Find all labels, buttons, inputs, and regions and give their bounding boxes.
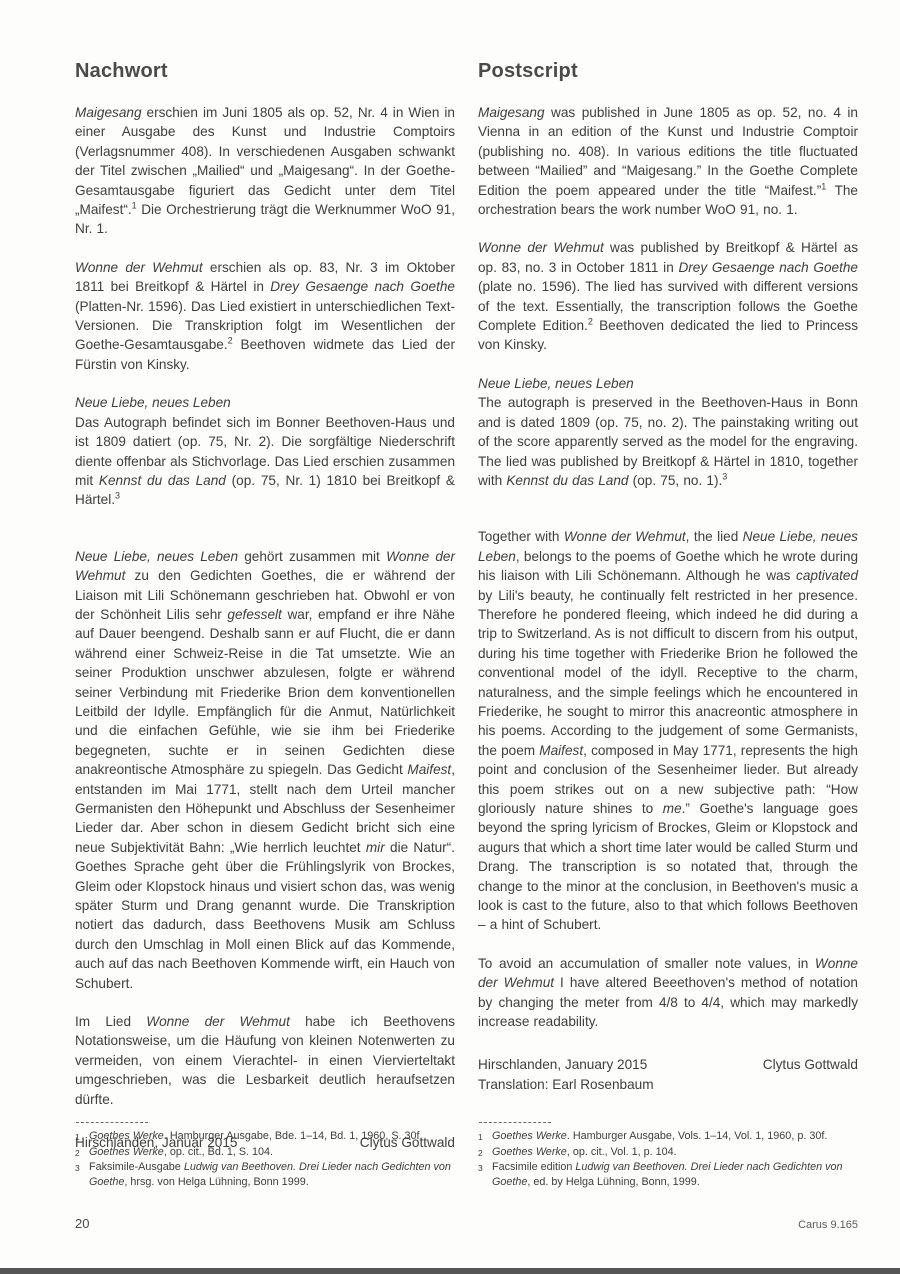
footnote-text: Goethes Werke, op. cit., Vol. 1, p. 104. xyxy=(492,1145,858,1161)
footnote-number: 3 xyxy=(478,1160,492,1189)
footnote-text: Goethes Werke, op. cit., Bd. 1, S. 104. xyxy=(89,1145,455,1161)
german-paragraph-2: Wonne der Wehmut erschien als op. 83, Nr… xyxy=(75,258,455,374)
english-footnote-2: 2 Goethes Werke, op. cit., Vol. 1, p. 10… xyxy=(478,1145,858,1161)
footnote-text: Facsimile edition Ludwig van Beethoven. … xyxy=(492,1160,858,1189)
english-footnote-rule xyxy=(479,1122,551,1123)
page-footer: 20 Carus 9.165 xyxy=(75,1216,858,1231)
german-footnote-2: 2 Goethes Werke, op. cit., Bd. 1, S. 104… xyxy=(75,1145,455,1161)
footnote-number: 2 xyxy=(478,1145,492,1161)
german-paragraph-3: Das Autograph befindet sich im Bonner Be… xyxy=(75,413,455,510)
german-footnote-1: 1 Goethes Werke. Hamburger Ausgabe, Bde.… xyxy=(75,1129,455,1145)
english-heading: Postscript xyxy=(478,60,858,82)
english-signature: Hirschlanden, January 2015 Translation: … xyxy=(478,1055,858,1094)
english-paragraph-1: Maigesang was published in June 1805 as … xyxy=(478,103,858,219)
footnote-text: Goethes Werke. Hamburger Ausgabe, Bde. 1… xyxy=(89,1129,455,1145)
german-footnote-3: 3 Faksimile-Ausgabe Ludwig van Beethoven… xyxy=(75,1160,455,1189)
english-signature-name: Clytus Gottwald xyxy=(763,1055,858,1094)
german-footnote-rule xyxy=(76,1122,148,1123)
footnote-text: Faksimile-Ausgabe Ludwig van Beethoven. … xyxy=(89,1160,455,1189)
english-footnotes: 1 Goethes Werke. Hamburger Ausgabe, Vols… xyxy=(478,1122,858,1189)
book-page: Nachwort Maigesang erschien im Juni 1805… xyxy=(0,0,900,1274)
english-footnote-1: 1 Goethes Werke. Hamburger Ausgabe, Vols… xyxy=(478,1129,858,1145)
two-column-content: Nachwort Maigesang erschien im Juni 1805… xyxy=(75,60,858,1153)
english-signature-translation: Translation: Earl Rosenbaum xyxy=(478,1075,654,1094)
english-signature-place-date: Hirschlanden, January 2015 xyxy=(478,1055,654,1074)
english-footnote-3: 3 Facsimile edition Ludwig van Beethoven… xyxy=(478,1160,858,1189)
german-paragraph-5: Im Lied Wonne der Wehmut habe ich Beetho… xyxy=(75,1012,455,1109)
german-footnotes: 1 Goethes Werke. Hamburger Ausgabe, Bde.… xyxy=(75,1122,455,1189)
german-heading: Nachwort xyxy=(75,60,455,82)
german-paragraph-4: Neue Liebe, neues Leben gehört zusammen … xyxy=(75,547,455,993)
page-number: 20 xyxy=(75,1216,89,1231)
english-column: Postscript Maigesang was published in Ju… xyxy=(478,60,858,1153)
german-column: Nachwort Maigesang erschien im Juni 1805… xyxy=(75,60,455,1153)
german-paragraph-1: Maigesang erschien im Juni 1805 als op. … xyxy=(75,103,455,239)
edition-number: Carus 9.165 xyxy=(798,1219,858,1231)
german-subheading: Neue Liebe, neues Leben xyxy=(75,393,455,412)
footnote-text: Goethes Werke. Hamburger Ausgabe, Vols. … xyxy=(492,1129,858,1145)
footnotes-row: 1 Goethes Werke. Hamburger Ausgabe, Bde.… xyxy=(75,1122,858,1189)
english-signature-left: Hirschlanden, January 2015 Translation: … xyxy=(478,1055,654,1094)
english-paragraph-3: The autograph is preserved in the Beetho… xyxy=(478,393,858,490)
scan-edge-bar xyxy=(0,1268,900,1274)
footnote-number: 1 xyxy=(478,1129,492,1145)
footnote-number: 2 xyxy=(75,1145,89,1161)
english-paragraph-2: Wonne der Wehmut was published by Breitk… xyxy=(478,238,858,354)
english-subheading: Neue Liebe, neues Leben xyxy=(478,374,858,393)
footnote-number: 1 xyxy=(75,1129,89,1145)
english-paragraph-5: To avoid an accumulation of smaller note… xyxy=(478,954,858,1032)
footnote-number: 3 xyxy=(75,1160,89,1189)
english-paragraph-4: Together with Wonne der Wehmut, the lied… xyxy=(478,527,858,935)
